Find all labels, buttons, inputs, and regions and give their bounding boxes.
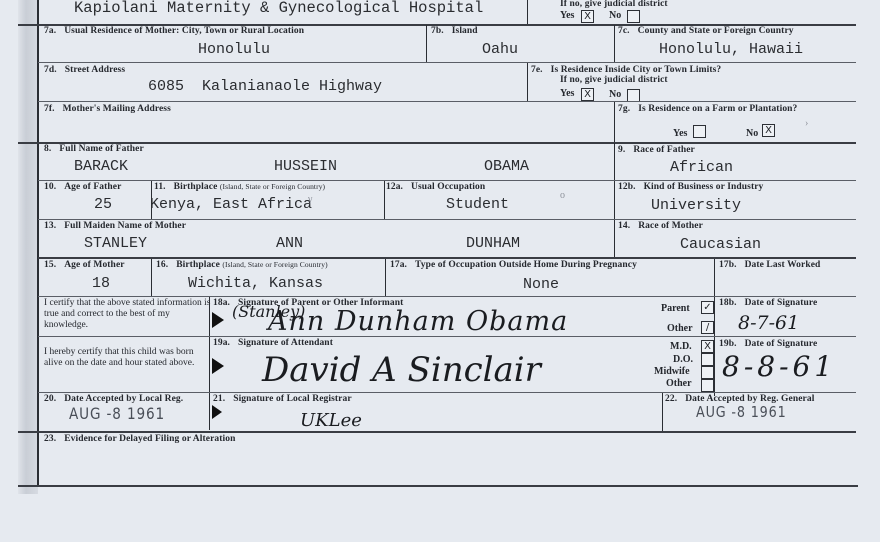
do-checkbox[interactable] bbox=[701, 353, 714, 366]
field-7g-no-label: No bbox=[746, 128, 758, 139]
divider bbox=[614, 102, 615, 142]
rule bbox=[38, 62, 856, 63]
rule bbox=[38, 219, 856, 220]
field-20-label: 20.Date Accepted by Local Reg. bbox=[44, 394, 183, 404]
father-middle-name: HUSSEIN bbox=[274, 158, 337, 175]
hospital-yes-label: Yes bbox=[560, 10, 574, 21]
other-informant-checkbox[interactable]: / bbox=[701, 321, 714, 334]
field-22-stamp: AUG -8 1961 bbox=[696, 403, 787, 421]
other-attendant-label: Other bbox=[666, 378, 692, 389]
divider bbox=[426, 25, 427, 62]
arrow-icon bbox=[212, 312, 224, 328]
left-border bbox=[37, 0, 39, 486]
divider bbox=[614, 25, 615, 62]
field-7d-label: 7d.Street Address bbox=[44, 65, 125, 75]
field-10-label: 10.Age of Father bbox=[44, 182, 121, 192]
hospital-yes-checkbox[interactable]: X bbox=[581, 10, 594, 23]
parent-checkbox[interactable]: ✓ bbox=[701, 301, 714, 314]
field-16-label: 16.Birthplace (Island, State or Foreign … bbox=[156, 260, 328, 270]
field-21-label: 21.Signature of Local Registrar bbox=[213, 394, 352, 404]
field-16-value: Wichita, Kansas bbox=[188, 275, 323, 292]
rule bbox=[38, 296, 856, 297]
field-10-value: 25 bbox=[94, 196, 112, 213]
field-7e-label: 7e.Is Residence Inside City or Town Limi… bbox=[531, 65, 721, 75]
divider bbox=[385, 259, 386, 296]
rule bbox=[38, 392, 856, 393]
divider bbox=[527, 63, 528, 101]
divider bbox=[151, 259, 152, 296]
other-informant-label: Other bbox=[667, 323, 693, 334]
rule bbox=[18, 431, 856, 433]
field-17b-label: 17b.Date Last Worked bbox=[719, 260, 820, 270]
field-7d-value: 6085 Kalanianaole Highway bbox=[148, 78, 382, 95]
field-23-label: 23.Evidence for Delayed Filing or Altera… bbox=[44, 434, 236, 444]
mother-last-name: DUNHAM bbox=[466, 235, 520, 252]
divider bbox=[527, 0, 528, 24]
birth-certificate-page: Kapiolani Maternity & Gynecological Hosp… bbox=[0, 0, 880, 542]
field-7e-note: If no, give judicial district bbox=[560, 75, 668, 85]
speck: o bbox=[560, 190, 565, 201]
divider bbox=[662, 393, 663, 431]
hospital-judicial-note: If no, give judicial district bbox=[560, 0, 668, 9]
field-7g-yes-label: Yes bbox=[673, 128, 687, 139]
rule bbox=[38, 257, 856, 259]
mother-first-name: STANLEY bbox=[84, 235, 147, 252]
midwife-label: Midwife bbox=[654, 366, 690, 377]
field-7a-value: Honolulu bbox=[198, 41, 270, 58]
informant-certification: I certify that the above stated informat… bbox=[44, 298, 214, 331]
field-19b-label: 19b.Date of Signature bbox=[719, 339, 817, 349]
mother-middle-name: ANN bbox=[276, 235, 303, 252]
field-7e-yes-checkbox[interactable]: X bbox=[581, 88, 594, 101]
field-14-value: Caucasian bbox=[680, 236, 761, 253]
field-9-label: 9.Race of Father bbox=[618, 145, 695, 155]
field-17a-label: 17a.Type of Occupation Outside Home Duri… bbox=[390, 260, 637, 270]
md-label: M.D. bbox=[670, 341, 692, 352]
field-7e-yes-label: Yes bbox=[560, 88, 574, 99]
field-19a-label: 19a.Signature of Attendant bbox=[213, 338, 333, 348]
field-7c-value: Honolulu, Hawaii bbox=[659, 41, 803, 58]
field-18b-label: 18b.Date of Signature bbox=[719, 298, 817, 308]
other-attendant-checkbox[interactable] bbox=[701, 379, 714, 392]
rule bbox=[38, 180, 856, 181]
do-label: D.O. bbox=[673, 354, 693, 365]
field-17a-value: None bbox=[523, 276, 559, 293]
attendant-certification: I hereby certify that this child was bor… bbox=[44, 347, 214, 369]
field-11-value: Kenya, East Africa bbox=[150, 196, 312, 213]
hospital-no-label: No bbox=[609, 10, 621, 21]
midwife-checkbox[interactable] bbox=[701, 366, 714, 379]
arrow-icon bbox=[212, 358, 224, 374]
field-7e-no-label: No bbox=[609, 89, 621, 100]
field-7g-label: 7g.Is Residence on a Farm or Plantation? bbox=[618, 104, 797, 114]
field-7a-label: 7a.Usual Residence of Mother: City, Town… bbox=[44, 26, 304, 36]
field-20-stamp: AUG -8 1961 bbox=[69, 404, 165, 423]
arrow-icon bbox=[212, 405, 222, 419]
divider bbox=[384, 181, 385, 219]
field-7c-label: 7c.County and State or Foreign Country bbox=[618, 26, 794, 36]
hospital-name: Kapiolani Maternity & Gynecological Hosp… bbox=[74, 0, 483, 17]
field-9-value: African bbox=[670, 159, 733, 176]
divider bbox=[614, 220, 615, 258]
rule bbox=[38, 336, 856, 337]
field-7b-value: Oahu bbox=[482, 41, 518, 58]
rule bbox=[18, 485, 858, 487]
field-8-label: 8.Full Name of Father bbox=[44, 144, 144, 154]
father-first-name: BARACK bbox=[74, 158, 128, 175]
registrar-signature: UKLee bbox=[300, 410, 362, 431]
field-12a-label: 12a.Usual Occupation bbox=[386, 182, 485, 192]
field-7g-no-checkbox[interactable]: X bbox=[762, 124, 775, 137]
hospital-no-checkbox[interactable] bbox=[627, 10, 640, 23]
field-13-label: 13.Full Maiden Name of Mother bbox=[44, 221, 186, 231]
field-15-value: 18 bbox=[92, 275, 110, 292]
speck: γ bbox=[308, 194, 312, 205]
parent-label: Parent bbox=[661, 303, 690, 314]
field-7g-yes-checkbox[interactable] bbox=[693, 125, 706, 138]
field-7f-label: 7f.Mother's Mailing Address bbox=[44, 104, 171, 114]
field-19b-value: 8-8-61 bbox=[722, 350, 836, 383]
speck: › bbox=[805, 118, 808, 129]
md-checkbox[interactable]: X bbox=[701, 340, 714, 353]
field-12b-value: University bbox=[651, 197, 741, 214]
divider bbox=[614, 143, 615, 181]
field-11-label: 11.Birthplace (Island, State or Foreign … bbox=[154, 182, 325, 192]
informant-signature: Ann Dunham Obama bbox=[268, 306, 568, 337]
binding-edge bbox=[18, 0, 38, 494]
attendant-signature: David A Sinclair bbox=[262, 350, 541, 390]
rule bbox=[38, 101, 856, 102]
divider bbox=[714, 259, 715, 396]
field-14-label: 14.Race of Mother bbox=[618, 221, 703, 231]
field-18b-value: 8-7-61 bbox=[738, 312, 799, 334]
field-12a-value: Student bbox=[446, 196, 509, 213]
father-last-name: OBAMA bbox=[484, 158, 529, 175]
field-7b-label: 7b.Island bbox=[431, 26, 478, 36]
field-12b-label: 12b.Kind of Business or Industry bbox=[618, 182, 763, 192]
divider bbox=[614, 181, 615, 219]
field-15-label: 15.Age of Mother bbox=[44, 260, 125, 270]
